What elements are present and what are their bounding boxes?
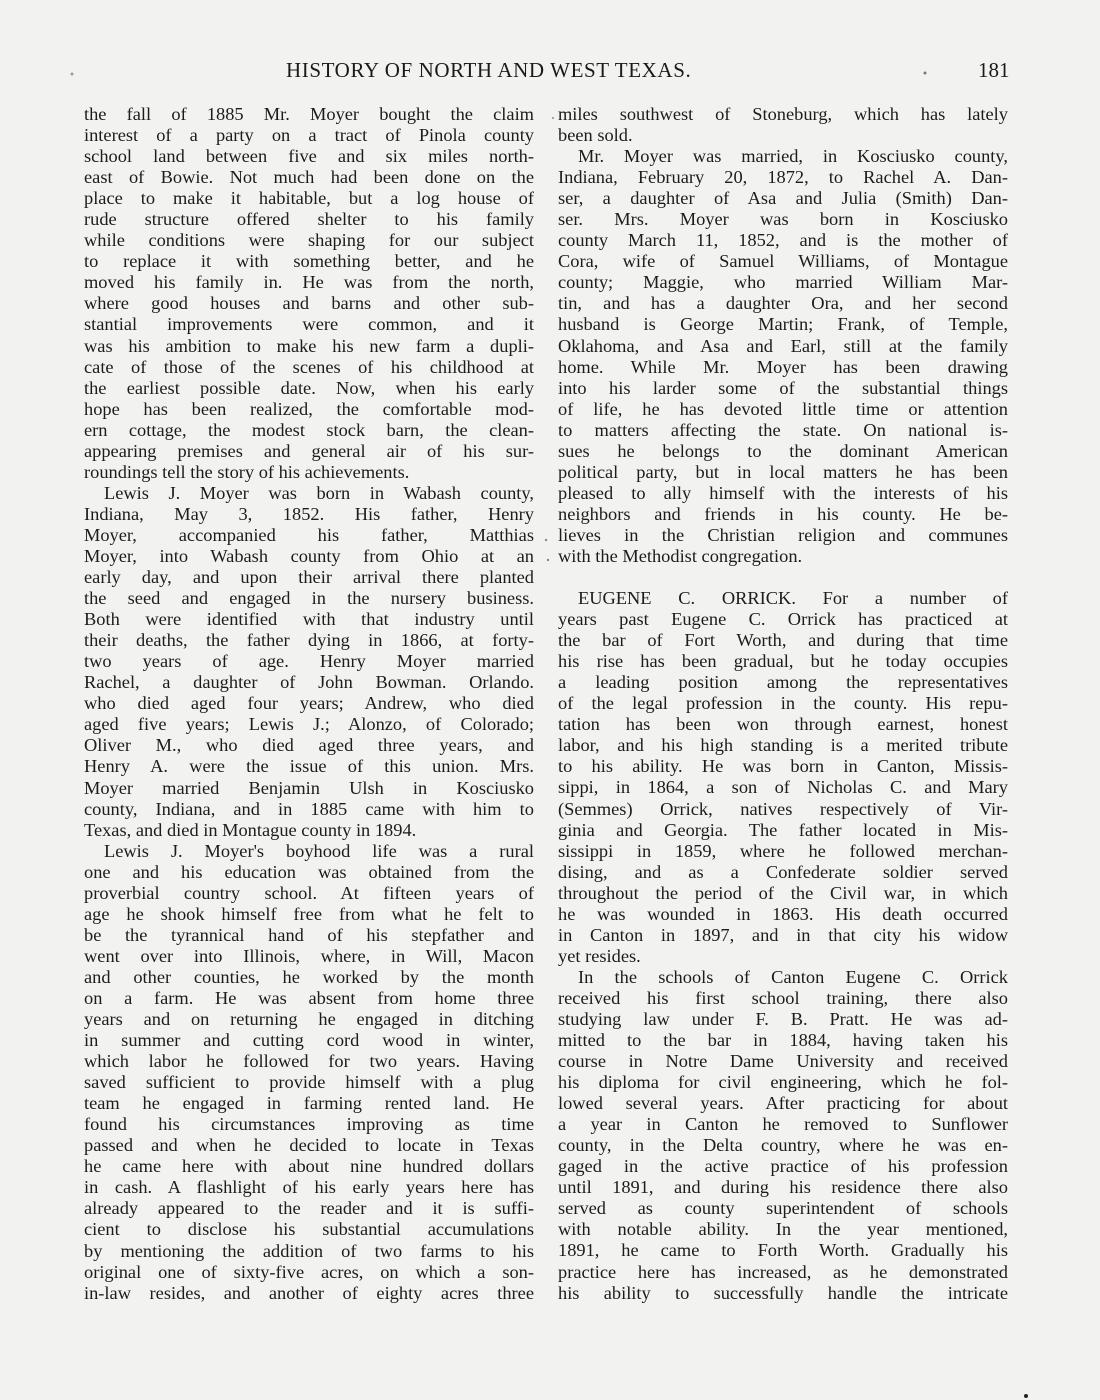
text-line: until 1891, and during his residence the… xyxy=(558,1177,1008,1198)
text-line: by mentioning the addition of two farms … xyxy=(84,1241,534,1262)
text-line: dising, and as a Confederate soldier ser… xyxy=(558,862,1008,883)
text-line: Rachel, a daughter of John Bowman. Orlan… xyxy=(84,672,534,693)
text-line: which labor he followed for two years. H… xyxy=(84,1051,534,1072)
text-line: Lewis J. Moyer was born in Wabash county… xyxy=(84,483,534,504)
text-line: his rise has been gradual, but he today … xyxy=(558,651,1008,672)
text-line: Cora, wife of Samuel Williams, of Montag… xyxy=(558,251,1008,272)
text-line: he was wounded in 1863. His death occurr… xyxy=(558,904,1008,925)
text-line: In the schools of Canton Eugene C. Orric… xyxy=(558,967,1008,988)
text-line: Lewis J. Moyer's boyhood life was a rura… xyxy=(84,841,534,862)
text-line: county, in the Delta country, where he w… xyxy=(558,1135,1008,1156)
text-line: political party, but in local matters he… xyxy=(558,462,1008,483)
text-line: course in Notre Dame University and rece… xyxy=(558,1051,1008,1072)
running-title: HISTORY OF NORTH AND WEST TEXAS. xyxy=(286,58,691,83)
text-line: rude structure offered shelter to his fa… xyxy=(84,209,534,230)
text-line: Oklahoma, and Asa and Earl, still at the… xyxy=(558,336,1008,357)
text-line: saved sufficient to provide himself with… xyxy=(84,1072,534,1093)
text-line: east of Bowie. Not much had been done on… xyxy=(84,167,534,188)
text-line: the bar of Fort Worth, and during that t… xyxy=(558,630,1008,651)
text-line: ern cottage, the modest stock barn, the … xyxy=(84,420,534,441)
text-line: already appeared to the reader and it is… xyxy=(84,1198,534,1219)
text-line: received his first school training, ther… xyxy=(558,988,1008,1009)
text-line: while conditions were shaping for our su… xyxy=(84,230,534,251)
text-line: of life, he has devoted little time or a… xyxy=(558,399,1008,420)
text-line: county; Maggie, who married William Mar- xyxy=(558,272,1008,293)
text-line: served as county superintendent of schoo… xyxy=(558,1198,1008,1219)
text-line: the earliest possible date. Now, when hi… xyxy=(84,378,534,399)
text-line: Mr. Moyer was married, in Kosciusko coun… xyxy=(558,146,1008,167)
text-line: went over into Illinois, where, in Will,… xyxy=(84,946,534,967)
text-line: proverbial country school. At fifteen ye… xyxy=(84,883,534,904)
text-line: county March 11, 1852, and is the mother… xyxy=(558,230,1008,251)
text-line: was his ambition to make his new farm a … xyxy=(84,336,534,357)
text-line: yet resides. xyxy=(558,946,1008,967)
text-line: where good houses and barns and other su… xyxy=(84,293,534,314)
text-line: to replace it with something better, and… xyxy=(84,251,534,272)
text-line: found his circumstances improving as tim… xyxy=(84,1114,534,1135)
text-line: Texas, and died in Montague county in 18… xyxy=(84,820,534,841)
text-line: throughout the period of the Civil war, … xyxy=(558,883,1008,904)
text-line: mitted to the bar in 1884, having taken … xyxy=(558,1030,1008,1051)
text-line: with the Methodist congregation. xyxy=(558,546,1008,567)
text-line: in Canton in 1897, and in that city his … xyxy=(558,925,1008,946)
text-line: be the tyrannical hand of his stepfather… xyxy=(84,925,534,946)
text-line: Moyer married Benjamin Ulsh in Kosciusko xyxy=(84,778,534,799)
text-line: in cash. A flashlight of his early years… xyxy=(84,1177,534,1198)
text-line: husband is George Martin; Frank, of Temp… xyxy=(558,314,1008,335)
text-line: lowed several years. After practicing fo… xyxy=(558,1093,1008,1114)
text-line: hope has been realized, the comfortable … xyxy=(84,399,534,420)
text-line: Indiana, February 20, 1872, to Rachel A.… xyxy=(558,167,1008,188)
text-line: sues he belongs to the dominant American xyxy=(558,441,1008,462)
text-line: Moyer, into Wabash county from Ohio at a… xyxy=(84,546,534,567)
text-line: moved his family in. He was from the nor… xyxy=(84,272,534,293)
text-line: appearing premises and general air of hi… xyxy=(84,441,534,462)
text-line: ginia and Georgia. The father located in… xyxy=(558,820,1008,841)
text-line: the seed and engaged in the nursery busi… xyxy=(84,588,534,609)
text-line: cate of those of the scenes of his child… xyxy=(84,357,534,378)
text-line: a year in Canton he removed to Sunflower xyxy=(558,1114,1008,1135)
text-line: he came here with about nine hundred dol… xyxy=(84,1156,534,1177)
text-line: tation has been won through earnest, hon… xyxy=(558,714,1008,735)
text-line: in-law resides, and another of eighty ac… xyxy=(84,1283,534,1304)
text-line: with notable ability. In the year mentio… xyxy=(558,1219,1008,1240)
text-line: on a farm. He was absent from home three xyxy=(84,988,534,1009)
text-line: miles southwest of Stoneburg, which has … xyxy=(558,104,1008,125)
text-line: Henry A. were the issue of this union. M… xyxy=(84,756,534,777)
text-line: neighbors and friends in his county. He … xyxy=(558,504,1008,525)
page-header: HISTORY OF NORTH AND WEST TEXAS. 181 xyxy=(0,58,1100,88)
text-line: years and on returning he engaged in dit… xyxy=(84,1009,534,1030)
text-line: to his ability. He was born in Canton, M… xyxy=(558,756,1008,777)
text-line: lieves in the Christian religion and com… xyxy=(558,525,1008,546)
text-line: his ability to successfully handle the i… xyxy=(558,1283,1008,1304)
text-line: home. While Mr. Moyer has been drawing xyxy=(558,357,1008,378)
text-line: a leading position among the representat… xyxy=(558,672,1008,693)
text-line: passed and when he decided to locate in … xyxy=(84,1135,534,1156)
text-line: years past Eugene C. Orrick has practice… xyxy=(558,609,1008,630)
right-column: miles southwest of Stoneburg, which has … xyxy=(558,104,1008,1304)
text-line: ser, a daughter of Asa and Julia (Smith)… xyxy=(558,188,1008,209)
left-column: the fall of 1885 Mr. Moyer bought the cl… xyxy=(84,104,534,1304)
text-line: in summer and cutting cord wood in winte… xyxy=(84,1030,534,1051)
text-line: (Semmes) Orrick, natives respectively of… xyxy=(558,799,1008,820)
text-line: roundings tell the story of his achievem… xyxy=(84,462,534,483)
text-line: school land between five and six miles n… xyxy=(84,146,534,167)
text-line: ser. Mrs. Moyer was born in Kosciusko xyxy=(558,209,1008,230)
text-line: 1891, he came to Forth Worth. Gradually … xyxy=(558,1240,1008,1261)
text-line: stantial improvements were common, and i… xyxy=(84,314,534,335)
text-line: age he shook himself free from what he f… xyxy=(84,904,534,925)
text-line: county, Indiana, and in 1885 came with h… xyxy=(84,799,534,820)
text-line: tin, and has a daughter Ora, and her sec… xyxy=(558,293,1008,314)
page-number: 181 xyxy=(978,58,1010,83)
text-line: studying law under F. B. Pratt. He was a… xyxy=(558,1009,1008,1030)
text-line: his diploma for civil engineering, which… xyxy=(558,1072,1008,1093)
text-line: EUGENE C. ORRICK. For a number of xyxy=(558,588,1008,609)
text-line: practice here has increased, as he demon… xyxy=(558,1262,1008,1283)
text-line: team he engaged in farming rented land. … xyxy=(84,1093,534,1114)
text-line: original one of sixty-five acres, on whi… xyxy=(84,1262,534,1283)
text-line: and other counties, he worked by the mon… xyxy=(84,967,534,988)
text-line: sissippi in 1859, where he followed merc… xyxy=(558,841,1008,862)
text-line: labor, and his high standing is a merite… xyxy=(558,735,1008,756)
text-line: been sold. xyxy=(558,125,1008,146)
text-line: interest of a party on a tract of Pinola… xyxy=(84,125,534,146)
text-line: Moyer, accompanied his father, Matthias xyxy=(84,525,534,546)
text-line: who died aged four years; Andrew, who di… xyxy=(84,693,534,714)
text-line: Indiana, May 3, 1852. His father, Henry xyxy=(84,504,534,525)
text-line: into his larder some of the substantial … xyxy=(558,378,1008,399)
text-line: pleased to ally himself with the interes… xyxy=(558,483,1008,504)
text-line: Both were identified with that industry … xyxy=(84,609,534,630)
section-gap xyxy=(558,567,1008,588)
text-line: aged five years; Lewis J.; Alonzo, of Co… xyxy=(84,714,534,735)
text-line: early day, and upon their arrival there … xyxy=(84,567,534,588)
text-line: Oliver M., who died aged three years, an… xyxy=(84,735,534,756)
text-line: one and his education was obtained from … xyxy=(84,862,534,883)
text-line: of the legal profession in the county. H… xyxy=(558,693,1008,714)
text-line: sippi, in 1864, a son of Nicholas C. and… xyxy=(558,777,1008,798)
text-line: place to make it habitable, but a log ho… xyxy=(84,188,534,209)
text-line: the fall of 1885 Mr. Moyer bought the cl… xyxy=(84,104,534,125)
text-line: gaged in the active practice of his prof… xyxy=(558,1156,1008,1177)
text-line: to matters affecting the state. On natio… xyxy=(558,420,1008,441)
text-line: two years of age. Henry Moyer married xyxy=(84,651,534,672)
text-line: their deaths, the father dying in 1866, … xyxy=(84,630,534,651)
text-line: cient to disclose his substantial accumu… xyxy=(84,1219,534,1240)
